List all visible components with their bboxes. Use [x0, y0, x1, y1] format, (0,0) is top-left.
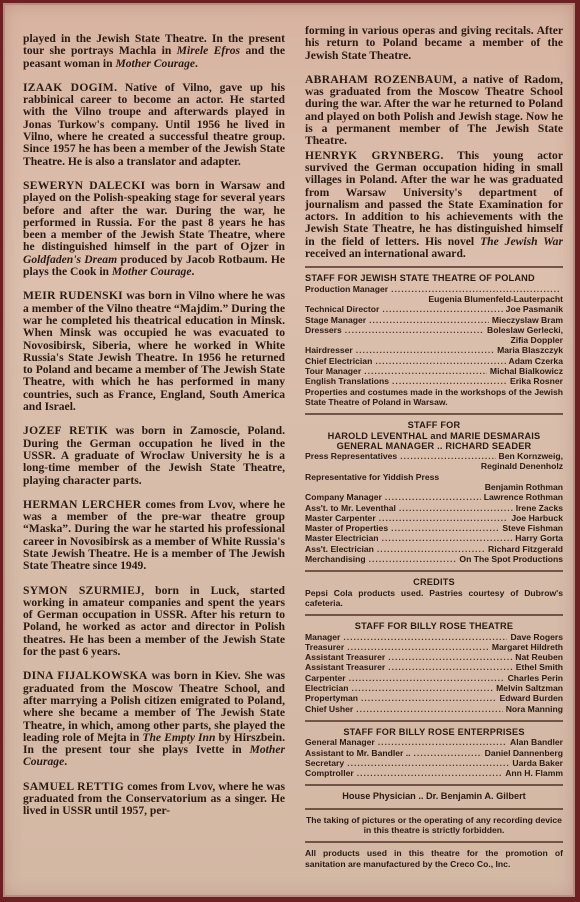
actor-bio: HERMAN LERCHER comes from Lvov, where he…: [23, 499, 285, 573]
staff-name: Irene Zacks: [516, 503, 563, 513]
bio-text: received an international award.: [305, 247, 466, 260]
play-title: Goldfaden's Dream: [23, 253, 117, 266]
staff-row: Press RepresentativesBen Kornzweig,: [305, 451, 563, 461]
staff-row: Assistant TreasurerEthel Smith: [305, 662, 563, 672]
staff-list: General ManagerAlan BandlerAssistant to …: [305, 737, 563, 778]
actor-name: ABRAHAM ROZENBAUM: [305, 73, 453, 86]
staff-role: Tour Manager: [305, 366, 361, 376]
staff-name: Michal Bialkowicz: [490, 366, 563, 376]
program-page: played in the Jewish State Theatre. In t…: [3, 3, 575, 897]
dot-leader: [392, 376, 507, 386]
actor-name: IZAAK DOGIM: [23, 81, 114, 94]
staff-row: SecretaryUarda Baker: [305, 758, 563, 768]
staff-name: Uarda Baker: [512, 758, 563, 768]
house-physician: House Physician .. Dr. Benjamin A. Gilbe…: [305, 791, 563, 801]
divider: [305, 784, 563, 786]
actor-name: DINA FIJALKOWSKA: [23, 669, 148, 682]
actor-name: HENRYK GRYNBERG: [305, 149, 441, 162]
staff-name: Edward Burden: [499, 693, 563, 703]
dot-leader: [382, 533, 513, 543]
staff-name: Ben Kornzweig,: [499, 451, 563, 461]
staff-name: Benjamin Rothman: [485, 482, 563, 492]
credits-text: Pepsi Cola products used. Pastries court…: [305, 588, 563, 609]
left-column: played in the Jewish State Theatre. In t…: [23, 33, 285, 830]
staff-role: Comptroller: [305, 768, 354, 778]
staff-name: Joe Harbuck: [511, 513, 563, 523]
staff-name: Alan Bandler: [510, 737, 563, 747]
staff-row: ElectricianMelvin Saltzman: [305, 683, 563, 693]
staff-role: Dressers: [305, 325, 342, 335]
staff-row: Tour ManagerMichal Bialkowicz: [305, 366, 563, 376]
staff-name: Steve Fishman: [502, 523, 563, 533]
staff-role: Technical Director: [305, 304, 379, 314]
staff-row: Ass't. to Mr. LeventhalIrene Zacks: [305, 503, 563, 513]
divider: [305, 614, 563, 616]
section-title: STAFF FOR BILLY ROSE ENTERPRISES: [305, 727, 563, 737]
staff-billy-rose-theatre-section: STAFF FOR BILLY ROSE THEATRE ManagerDave…: [305, 621, 563, 714]
staff-name: Erika Rosner: [510, 376, 563, 386]
actor-bio: played in the Jewish State Theatre. In t…: [23, 33, 285, 70]
divider: [305, 841, 563, 843]
staff-role: Treasurer: [305, 642, 344, 652]
staff-list: Press RepresentativesBen Kornzweig,Regin…: [305, 451, 563, 564]
staff-name: Ann H. Flamm: [505, 768, 563, 778]
staff-row: Assistant TreasurerNat Reuben: [305, 652, 563, 662]
staff-role: Electrician: [305, 683, 348, 693]
bio-text: .: [64, 755, 67, 768]
staff-row: Company ManagerLawrence Rothman: [305, 492, 563, 502]
actor-bio: ABRAHAM ROZENBAUM, a native of Radom, wa…: [305, 74, 563, 148]
dot-leader: [369, 315, 489, 325]
staff-role: Stage Manager: [305, 315, 366, 325]
staff-row: Master CarpenterJoe Harbuck: [305, 513, 563, 523]
staff-billy-rose-enterprises-section: STAFF FOR BILLY ROSE ENTERPRISES General…: [305, 727, 563, 778]
staff-row: General ManagerAlan Bandler: [305, 737, 563, 747]
actor-name: SAMUEL RETTIG: [23, 780, 124, 793]
actor-name: SYMON SZURMIEJ: [23, 584, 141, 597]
section-subtitle: HAROLD LEVENTHAL and MARIE DESMARAIS: [305, 431, 563, 441]
staff-row: English TranslationsErika Rosner: [305, 376, 563, 386]
actor-name: MEIR RUDENSKI: [23, 289, 123, 302]
staff-list: Production ManagerEugenia Blumenfeld-Lau…: [305, 284, 563, 387]
staff-name: Dave Rogers: [510, 632, 563, 642]
staff-name: Margaret Hildreth: [492, 642, 563, 652]
staff-role: Assistant to Mr. Bandler ..: [305, 748, 411, 758]
staff-row: Reginald Denenholz: [305, 461, 563, 471]
actor-bio: forming in various operas and giving rec…: [305, 25, 563, 62]
actor-bio: DINA FIJALKOWSKA was born in Kiev. She w…: [23, 670, 285, 768]
staff-row: DressersBoleslaw Gerlecki,: [305, 325, 563, 335]
dot-leader: [357, 768, 503, 778]
sanitation-note: All products used in this theatre for th…: [305, 848, 563, 869]
staff-role: Chief Electrician: [305, 356, 372, 366]
right-column: forming in various operas and giving rec…: [305, 25, 563, 869]
play-title: The Empty Inn: [142, 731, 215, 744]
staff-row: CarpenterCharles Perin: [305, 673, 563, 683]
staff-row: TreasurerMargaret Hildreth: [305, 642, 563, 652]
bio-text: . Native of Vilno, gave up his rabbinica…: [23, 81, 285, 168]
staff-row: PropertymanEdward Burden: [305, 693, 563, 703]
dot-leader: [391, 523, 499, 533]
staff-name: Nat Reuben: [515, 652, 563, 662]
dot-leader: [347, 642, 489, 652]
divider: [305, 570, 563, 572]
staff-jewish-state-section: STAFF FOR JEWISH STATE THEATRE OF POLAND…: [305, 273, 563, 407]
staff-name: Mieczyslaw Bram: [492, 315, 563, 325]
staff-row: Chief UsherNora Manning: [305, 704, 563, 714]
workshop-note: Properties and costumes made in the work…: [305, 387, 563, 408]
recording-notice: The taking of pictures or the operating …: [305, 815, 563, 836]
actor-bio: SAMUEL RETTIG comes from Lvov, where he …: [23, 781, 285, 818]
dot-leader: [356, 345, 494, 355]
staff-role: Chief Usher: [305, 704, 353, 714]
actor-name: JOZEF RETIK: [23, 424, 108, 437]
staff-row: Benjamin Rothman: [305, 482, 563, 492]
staff-role: Propertyman: [305, 693, 358, 703]
staff-row: Ass't. ElectricianRichard Fitzgerald: [305, 544, 563, 554]
dot-leader: [375, 356, 505, 366]
staff-role: Press Representatives: [305, 451, 397, 461]
staff-role: Manager: [305, 632, 340, 642]
actor-bio: JOZEF RETIK was born in Zamoscie, Poland…: [23, 425, 285, 486]
staff-name: Richard Fitzgerald: [488, 544, 563, 554]
right-bios: forming in various operas and giving rec…: [305, 25, 563, 260]
play-title: Mother Courage: [112, 265, 192, 278]
staff-role: Hairdresser: [305, 345, 353, 355]
section-title: CREDITS: [305, 577, 563, 587]
staff-role: General Manager: [305, 737, 375, 747]
staff-leventhal-section: STAFF FOR HAROLD LEVENTHAL and MARIE DES…: [305, 420, 563, 564]
staff-role: Production Manager: [305, 284, 388, 294]
staff-name: Harry Gorta: [515, 533, 563, 543]
dot-leader: [377, 544, 485, 554]
divider: [305, 808, 563, 810]
staff-role: Secretary: [305, 758, 344, 768]
actor-bio: IZAAK DOGIM. Native of Vilno, gave up hi…: [23, 82, 285, 168]
staff-name: Melvin Saltzman: [496, 683, 563, 693]
dot-leader: [351, 683, 493, 693]
dot-leader: [414, 748, 482, 758]
dot-leader: [399, 503, 513, 513]
dot-leader: [347, 758, 509, 768]
staff-name: Joe Pasmanik: [506, 304, 563, 314]
staff-row: HairdresserMaria Blaszczyk: [305, 345, 563, 355]
dot-leader: [361, 693, 496, 703]
play-title: Mother Courage: [115, 57, 195, 70]
staff-role: Ass't. Electrician: [305, 544, 374, 554]
dot-leader: [385, 492, 481, 502]
dot-leader: [369, 554, 457, 564]
dot-leader: [388, 652, 512, 662]
staff-name: Ethel Smith: [516, 662, 563, 672]
staff-name: Reginald Denenholz: [481, 461, 563, 471]
actor-name: HERMAN LERCHER: [23, 498, 141, 511]
section-title: STAFF FOR: [305, 420, 563, 430]
dot-leader: [343, 632, 507, 642]
staff-name: Nora Manning: [506, 704, 563, 714]
staff-role: Master Electrician: [305, 533, 379, 543]
divider: [305, 720, 563, 722]
staff-row: Master of PropertiesSteve Fishman: [305, 523, 563, 533]
staff-name: Charles Perin: [508, 673, 563, 683]
dot-leader: [349, 673, 505, 683]
staff-role: Merchandising: [305, 554, 366, 564]
dot-leader: [356, 704, 502, 714]
dot-leader: [400, 451, 495, 461]
staff-name: Boleslaw Gerlecki,: [487, 325, 563, 335]
staff-row: Master ElectricianHarry Gorta: [305, 533, 563, 543]
staff-role: Representative for Yiddish Press: [305, 472, 439, 482]
staff-name: Adam Czerka: [509, 356, 563, 366]
divider: [305, 413, 563, 415]
play-title: Mirele Efros: [177, 44, 240, 57]
staff-role: Ass't. to Mr. Leventhal: [305, 503, 396, 513]
staff-name: Eugenia Blumenfeld-Lauterpacht: [428, 294, 563, 304]
staff-row: ManagerDave Rogers: [305, 632, 563, 642]
actor-name: SEWERYN DALECKI: [23, 179, 145, 192]
staff-row: Zifia Doppler: [305, 335, 563, 345]
staff-role: English Translations: [305, 376, 389, 386]
staff-row: ComptrollerAnn H. Flamm: [305, 768, 563, 778]
credits-section: CREDITS Pepsi Cola products used. Pastri…: [305, 577, 563, 608]
dot-leader: [379, 513, 509, 523]
staff-name: Lawrence Rothman: [484, 492, 563, 502]
dot-leader: [388, 662, 512, 672]
staff-role: Master of Properties: [305, 523, 388, 533]
staff-row: Eugenia Blumenfeld-Lauterpacht: [305, 294, 563, 304]
staff-row: Assistant to Mr. Bandler ..Daniel Dannen…: [305, 748, 563, 758]
actor-bio: SYMON SZURMIEJ, born in Luck, started wo…: [23, 585, 285, 659]
dot-leader: [345, 325, 484, 335]
staff-row: Representative for Yiddish Press: [305, 472, 563, 482]
section-title: STAFF FOR JEWISH STATE THEATRE OF POLAND: [305, 273, 563, 283]
bio-text: forming in various operas and giving rec…: [305, 24, 563, 62]
staff-name: Zifia Doppler: [510, 335, 563, 345]
bio-text: .: [195, 57, 198, 70]
dot-leader: [391, 284, 560, 294]
actor-bio: MEIR RUDENSKI was born in Vilno where he…: [23, 290, 285, 413]
staff-role: Carpenter: [305, 673, 346, 683]
staff-role: Master Carpenter: [305, 513, 376, 523]
play-title: The Jewish War: [480, 235, 563, 248]
actor-bio: SEWERYN DALECKI was born in Warsaw and p…: [23, 180, 285, 278]
bio-text: . This young actor survived the German o…: [305, 149, 563, 248]
dot-leader: [364, 366, 487, 376]
dot-leader: [382, 304, 502, 314]
staff-role: Assistant Treasurer: [305, 652, 385, 662]
staff-role: Company Manager: [305, 492, 382, 502]
staff-row: Chief ElectricianAdam Czerka: [305, 356, 563, 366]
staff-row: Production Manager: [305, 284, 563, 294]
divider: [305, 266, 563, 268]
staff-name: On The Spot Productions: [459, 554, 563, 564]
staff-row: MerchandisingOn The Spot Productions: [305, 554, 563, 564]
bio-text: was born in Vilno where he was a member …: [23, 289, 285, 413]
staff-list: ManagerDave RogersTreasurerMargaret Hild…: [305, 632, 563, 714]
staff-role: Assistant Treasurer: [305, 662, 385, 672]
dot-leader: [378, 737, 507, 747]
actor-bio: HENRYK GRYNBERG. This young actor surviv…: [305, 150, 563, 261]
staff-row: Stage ManagerMieczyslaw Bram: [305, 315, 563, 325]
general-manager-line: GENERAL MANAGER .. RICHARD SEADER: [305, 441, 563, 451]
section-title: STAFF FOR BILLY ROSE THEATRE: [305, 621, 563, 631]
staff-row: Technical DirectorJoe Pasmanik: [305, 304, 563, 314]
staff-name: Maria Blaszczyk: [497, 345, 563, 355]
staff-name: Daniel Dannenberg: [485, 748, 563, 758]
bio-text: .: [191, 265, 194, 278]
